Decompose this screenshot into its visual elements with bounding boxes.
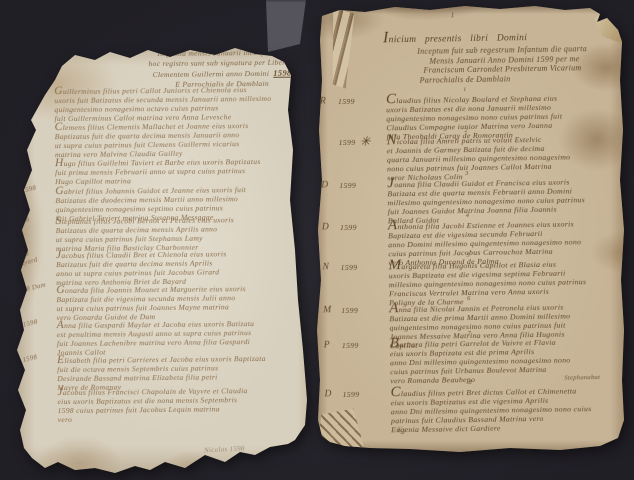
bottom-flourish-mark: Ky: [397, 425, 407, 434]
handwritten-line: Eugenia Messaive dict Gardiere: [391, 422, 631, 435]
page-number: 1: [451, 10, 455, 19]
entry-number: 4: [466, 212, 470, 219]
entry-number: 7: [468, 330, 472, 337]
entry-number: i: [464, 86, 466, 93]
margin-letter: P: [324, 340, 330, 350]
right-page-content: 1 Inicium presentis libri Domini Inceptu…: [312, 2, 631, 459]
baptism-entry: 1598Guillerminus filius petri Callot Jun…: [12, 84, 310, 124]
faded-footer-note: Nicolas 1598: [204, 444, 245, 454]
right-page-header: Inceptum fuit sub regestrum Infantum die…: [417, 44, 587, 85]
margin-letter: D: [322, 222, 329, 232]
margin-year-label: 1599: [342, 390, 359, 399]
margin-letter: M: [323, 305, 331, 315]
margin-year-label: 1599: [338, 97, 355, 106]
margin-year-label: 1599: [341, 263, 358, 272]
margin-year-label: 1599: [339, 138, 356, 147]
margin-year-label: 1599: [340, 223, 357, 232]
entry-lines: Guillerminus filius petri Callot Juniori…: [54, 84, 310, 123]
baptism-entry: Jacobus filius Francisci Chapolain de Va…: [15, 385, 313, 425]
baptism-entry: 1598 BayardJacobus filius Claudii Bret e…: [14, 248, 312, 288]
entry-lines: Jacobus filius Francisci Chapolain de Va…: [57, 385, 313, 424]
entry-number: 6: [467, 295, 471, 302]
margin-year-label: 1598 Bayard: [14, 245, 53, 268]
margin-year-label: 1599: [341, 306, 358, 315]
year-1598-underlined: 1598: [273, 68, 291, 78]
left-page-content: In prima mensis Januarii incoepti sunt h…: [12, 42, 315, 477]
left-manuscript-page: In prima mensis Januarii incoepti sunt h…: [14, 44, 312, 476]
right-page-title: Inicium presentis libri Domini: [383, 27, 527, 47]
entry-number: 2: [464, 127, 468, 134]
margin-year-label: 1599: [342, 341, 359, 350]
baptism-entry: D 1599 8 Claudius filius petri Bret dict…: [318, 385, 631, 436]
entry-lines: Clemens filius Clementis Mallachet et Jo…: [55, 120, 311, 159]
entry-number: 3: [465, 170, 469, 177]
entry-lines: Jacobus filius Claudii Bret et Chienola …: [56, 248, 312, 287]
entry-lines: Gonarda filia Joannis Mounet et Margueri…: [56, 283, 312, 322]
marginal-side-note: Stephanabat: [564, 374, 600, 382]
margin-letter: D: [324, 389, 331, 399]
entry-lines: Claudius filius petri Bret dictus Callot…: [390, 385, 631, 435]
margin-letter: N: [322, 262, 329, 272]
baptism-entry: 1598Hugo filius Guillelmi Taviert et Bar…: [13, 156, 311, 187]
entry-lines: Anna filia Gaspardi Maylar et Jacoba eiu…: [57, 318, 313, 357]
handwritten-line: Parrochialis de Damblain: [420, 73, 588, 85]
entry-lines: Hugo filius Guillelmi Taviert et Barbe e…: [55, 156, 311, 186]
star-mark: ✳: [359, 134, 370, 150]
baptism-entry: 1598 DamGonarda filia Joannis Mounet et …: [14, 283, 312, 323]
baptism-entry: D 1598Anna filia Gaspardi Maylar et Jaco…: [15, 318, 313, 358]
archival-scan: { "scene": { "backdrop_color": "#25242a"…: [0, 0, 634, 480]
right-page-paper: 1 Inicium presentis libri Domini Inceptu…: [316, 4, 628, 456]
entry-number: 8: [468, 379, 472, 386]
entry-number: 5: [466, 252, 470, 259]
margin-letter: D: [321, 180, 328, 190]
margin-year-label: 1598: [13, 81, 50, 97]
margin-letter: R: [320, 96, 326, 106]
right-manuscript-page: 1 Inicium presentis libri Domini Inceptu…: [316, 4, 628, 456]
left-page-paper: In prima mensis Januarii incoepti sunt h…: [14, 44, 312, 476]
margin-year-label: 1599: [339, 181, 356, 190]
baptism-entry: 1598Clemens filius Clementis Mallachet e…: [13, 120, 311, 160]
